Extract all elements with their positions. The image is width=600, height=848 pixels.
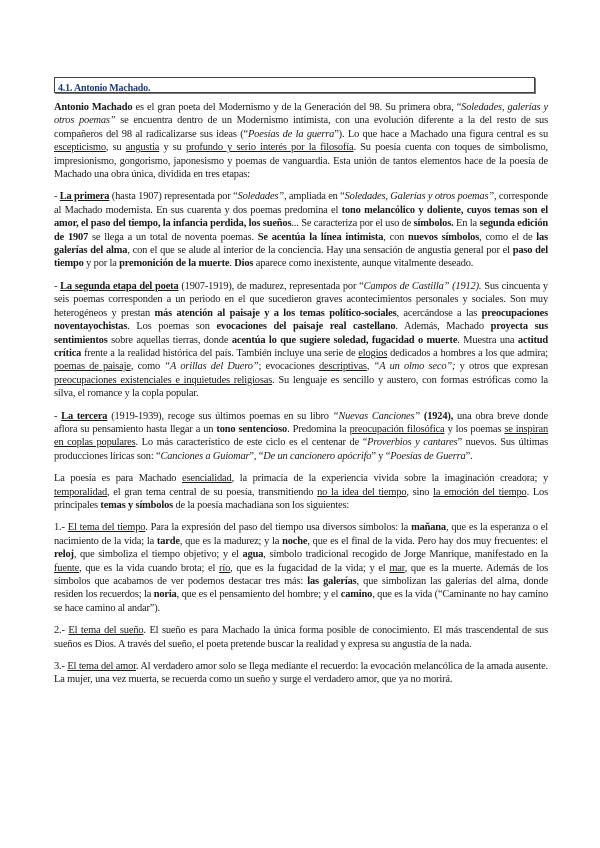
text-run: símbolos. xyxy=(414,218,454,229)
paragraph-etapa-tercera: - La tercera (1919-1939), recoge sus últ… xyxy=(54,410,548,464)
text-run: Soledades” xyxy=(238,191,284,202)
section-heading-box: 4.1. Antonio Machado. xyxy=(54,77,535,93)
text-run: se llega a un total de noventa poemas. xyxy=(88,232,258,243)
text-run: mar xyxy=(389,563,404,574)
text-run: evocaciones del paisaje real castellano xyxy=(216,321,395,332)
text-run: y otros que expresan xyxy=(455,361,548,372)
text-run: , ampliada en “ xyxy=(284,191,345,202)
text-run: Dios xyxy=(234,258,253,269)
text-run: “Nuevas Canciones” xyxy=(333,411,420,422)
text-run: no la idea del tiempo xyxy=(317,487,406,498)
text-run: , como el de xyxy=(479,232,536,243)
text-run: tarde xyxy=(157,536,180,547)
paragraph-tema-amor: 3.- El tema del amor. Al verdadero amor … xyxy=(54,660,548,687)
text-run: mañana xyxy=(411,522,446,533)
text-run: dedicados a hombres a los que admira; xyxy=(387,348,548,359)
paragraph-intro: Antonio Machado es el gran poeta del Mod… xyxy=(54,101,548,181)
text-run: ; evocaciones xyxy=(258,361,319,372)
text-run: , que simboliza el tiempo objetivo; y el xyxy=(74,549,243,560)
text-run: reloj xyxy=(54,549,74,560)
text-run: las galerías xyxy=(307,576,356,587)
text-run: la emoción del tiempo xyxy=(433,487,526,498)
text-run: , que es la vida cuando brota; el xyxy=(79,563,219,574)
text-run: (1919-1939), recoge sus últimos poemas e… xyxy=(107,411,332,422)
text-run: Se acentúa la línea intimista xyxy=(258,232,384,243)
text-run: , la primacía de la experiencia vivida s… xyxy=(232,473,548,484)
text-run: 3.- xyxy=(54,661,67,672)
text-run: noria xyxy=(154,589,177,600)
text-run: Antonio Machado xyxy=(54,102,132,113)
paragraph-etapa-primera: - La primera (hasta 1907) representada p… xyxy=(54,190,548,270)
text-run: (1907-1919), de madurez, representada po… xyxy=(179,281,364,292)
text-run: , sino xyxy=(406,487,433,498)
text-run: , que es el pensamiento del hombre; y el xyxy=(177,589,341,600)
text-run: aparece como inexistente, aunque vitalme… xyxy=(253,258,473,269)
text-run: y los poemas xyxy=(445,424,505,435)
text-run: de la poesía machadiana son los siguient… xyxy=(173,500,349,511)
text-run: La tercera xyxy=(61,411,107,422)
text-run: . Predomina la xyxy=(287,424,349,435)
text-run: escepticismo xyxy=(54,142,106,153)
text-run: , como xyxy=(131,361,165,372)
text-run: (1924), xyxy=(424,411,453,422)
text-run: Poesías de la guerra xyxy=(248,129,334,140)
text-run: . Además, Machado xyxy=(395,321,490,332)
text-run: poemas de paisaje xyxy=(54,361,131,372)
text-run: , el gran tema central de su poesía, tra… xyxy=(107,487,317,498)
text-run: más atención al paisaje y a los temas po… xyxy=(155,308,397,319)
text-run: Poesías de Guerra xyxy=(390,451,465,462)
text-run: premonición de la muerte xyxy=(119,258,229,269)
text-run: Canciones a Guiomar xyxy=(160,451,249,462)
text-run: fuente xyxy=(54,563,79,574)
text-run: Campos de Castilla” (1912). xyxy=(364,281,482,292)
text-run: . Lo más característico de este ciclo es… xyxy=(136,437,368,448)
text-run: ”. xyxy=(466,451,473,462)
text-run: tono sentencioso xyxy=(216,424,287,435)
text-run: El tema del tiempo xyxy=(68,522,146,533)
text-run: angustia xyxy=(126,142,159,153)
paragraph-tema-tiempo: 1.- El tema del tiempo. Para la expresió… xyxy=(54,521,548,615)
text-run: , su xyxy=(106,142,126,153)
text-run: acentúa lo que sugiere soledad, fugacida… xyxy=(232,335,458,346)
text-run: , con xyxy=(383,232,408,243)
text-run: La segunda etapa del poeta xyxy=(60,281,178,292)
text-run: De un cancionero apócrifo xyxy=(263,451,371,462)
text-run: es el gran poeta del Modernismo y de la … xyxy=(132,102,461,113)
text-run: Proverbios y cantares xyxy=(367,437,457,448)
text-run: y por la xyxy=(84,258,119,269)
text-run: frente a la realidad histórica del país.… xyxy=(81,348,358,359)
text-run: y su xyxy=(159,142,186,153)
text-run: elogios xyxy=(358,348,387,359)
text-run: ... Se caracteriza por el uso de xyxy=(291,218,413,229)
text-run: esencialidad xyxy=(182,473,232,484)
text-run: temporalidad xyxy=(54,487,107,498)
text-run: . Para la expresión del paso del tiempo … xyxy=(145,522,411,533)
text-run: noche xyxy=(282,536,307,547)
paragraph-esencialidad: La poesía es para Machado esencialidad, … xyxy=(54,472,548,512)
text-run: La poesía es para Machado xyxy=(54,473,182,484)
document-page: 4.1. Antonio Machado. Antonio Machado es… xyxy=(54,77,548,696)
text-run: ”, “ xyxy=(249,451,263,462)
section-heading: 4.1. Antonio Machado. xyxy=(58,83,150,94)
text-run: camino xyxy=(341,589,372,600)
text-run: Soledades, Galerías y otros poemas” xyxy=(345,191,494,202)
text-run: , símbolo tradicional recogido de Jorge … xyxy=(263,549,548,560)
text-run: , xyxy=(367,361,374,372)
text-run: nuevos símbolos xyxy=(408,232,479,243)
text-run: 1.- xyxy=(54,522,68,533)
text-run: En la xyxy=(454,218,480,229)
text-run: La primera xyxy=(60,191,110,202)
paragraph-tema-sueno: 2.- El tema del sueño. El sueño es para … xyxy=(54,624,548,651)
text-run: ”). Lo que hace a Machado una figura cen… xyxy=(334,129,548,140)
text-run: descriptivas xyxy=(319,361,367,372)
text-run: temas y símbolos xyxy=(100,500,173,511)
text-run: El tema del amor xyxy=(67,661,136,672)
text-run: río xyxy=(219,563,230,574)
text-run: . Los poemas son xyxy=(127,321,216,332)
text-run: “A un olmo seco”; xyxy=(374,361,456,372)
text-run: ” y “ xyxy=(371,451,390,462)
text-run: sobre aquellas tierras, donde xyxy=(108,335,232,346)
text-run: , que es la fugacidad de la vida; y el xyxy=(230,563,389,574)
text-run: preocupación filosófica xyxy=(350,424,445,435)
text-run: “A orillas del Duero” xyxy=(164,361,258,372)
text-run: preocupaciones existenciales e inquietud… xyxy=(54,375,272,386)
text-run: , que es la madurez; y la xyxy=(180,536,282,547)
text-run: , con el que se alude al interior de la … xyxy=(127,245,512,256)
text-run: . Muestra una xyxy=(457,335,518,346)
text-run: profundo y serio interés por la filosofí… xyxy=(186,142,353,153)
text-run: , acercándose a las xyxy=(396,308,481,319)
text-run: El tema del sueño xyxy=(68,625,143,636)
text-run: (hasta 1907) representada por “ xyxy=(109,191,237,202)
paragraph-etapa-segunda: - La segunda etapa del poeta (1907-1919)… xyxy=(54,280,548,401)
text-run: , que es el final de la vida. Pero hay d… xyxy=(307,536,548,547)
text-run: 2.- xyxy=(54,625,68,636)
text-run: agua xyxy=(243,549,264,560)
